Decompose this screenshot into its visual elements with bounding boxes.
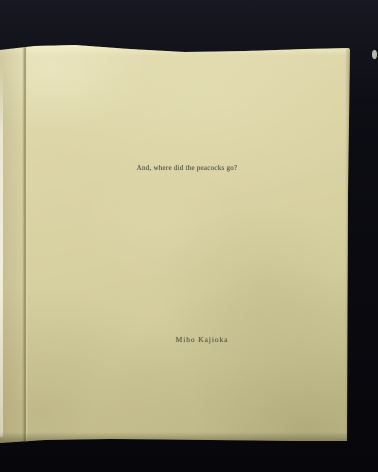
book-photo: And, where did the peacocks go? Miho Kaj… [0, 0, 378, 472]
edge-glint [372, 50, 377, 59]
underpage-edge [0, 65, 3, 437]
binding-crease [22, 43, 28, 444]
page-right-edge [345, 43, 350, 444]
book-author: Miho Kajioka [0, 335, 377, 344]
book-title-page: And, where did the peacocks go? Miho Kaj… [0, 43, 350, 444]
book-title: And, where did the peacocks go? [0, 164, 362, 172]
